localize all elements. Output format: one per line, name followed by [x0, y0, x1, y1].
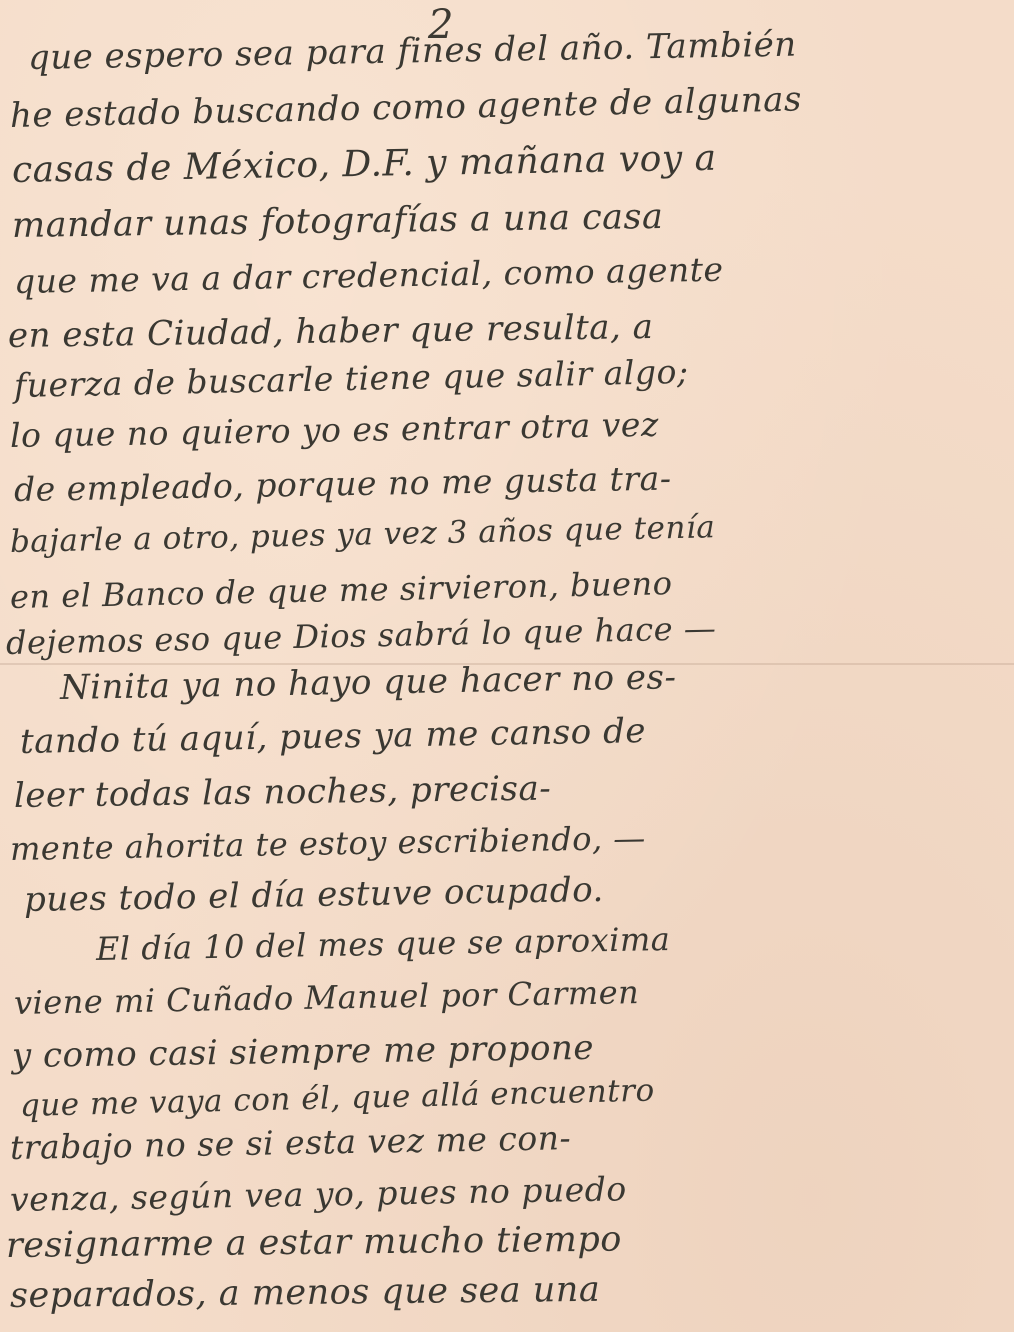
letter-line: fuerza de buscarle tiene que salir algo; [14, 352, 689, 405]
letter-line: he estado buscando como agente de alguna… [10, 79, 803, 136]
letter-line: dejemos eso que Dios sabrá lo que hace — [6, 609, 717, 662]
letter-line: lo que no quiero yo es entrar otra vez [10, 405, 659, 455]
letter-line: pues todo el día estuve ocupado. [24, 870, 605, 920]
letter-line: en el Banco de que me sirvieron, bueno [10, 564, 673, 616]
letter-line: resignarme a estar mucho tiempo [6, 1220, 622, 1266]
letter-line: trabajo no se si esta vez me con- [10, 1118, 572, 1167]
letter-line: bajarle a otro, pues ya vez 3 años que t… [10, 509, 716, 560]
letter-line: en esta Ciudad, haber que resulta, a [8, 307, 654, 356]
letter-line: viene mi Cuñado Manuel por Carmen [14, 973, 640, 1022]
letter-page: 2 que espero sea para fines del año. Tam… [0, 0, 1014, 1332]
letter-line: casas de México, D.F. y mañana voy a [12, 138, 717, 191]
letter-line: y como casi siempre me propone [12, 1028, 595, 1076]
letter-line: leer todas las noches, precisa- [14, 769, 552, 816]
letter-line: que me va a dar credencial, como agente [14, 250, 724, 301]
letter-line: venza, según vea yo, pues no puedo [10, 1169, 627, 1219]
letter-line: que me vaya con él, que allá encuentro [20, 1072, 656, 1123]
letter-line: mandar unas fotografías a una casa [12, 197, 664, 246]
letter-line: El día 10 del mes que se aproxima [96, 920, 671, 968]
letter-line: que espero sea para fines del año. Tambi… [28, 25, 797, 78]
letter-line: mente ahorita te estoy escribiendo, — [10, 819, 646, 868]
letter-line: separados, a menos que sea una [10, 1270, 601, 1316]
letter-line: tando tú aquí, pues ya me canso de [20, 711, 647, 762]
letter-line: de empleado, porque no me gusta tra- [14, 459, 672, 509]
